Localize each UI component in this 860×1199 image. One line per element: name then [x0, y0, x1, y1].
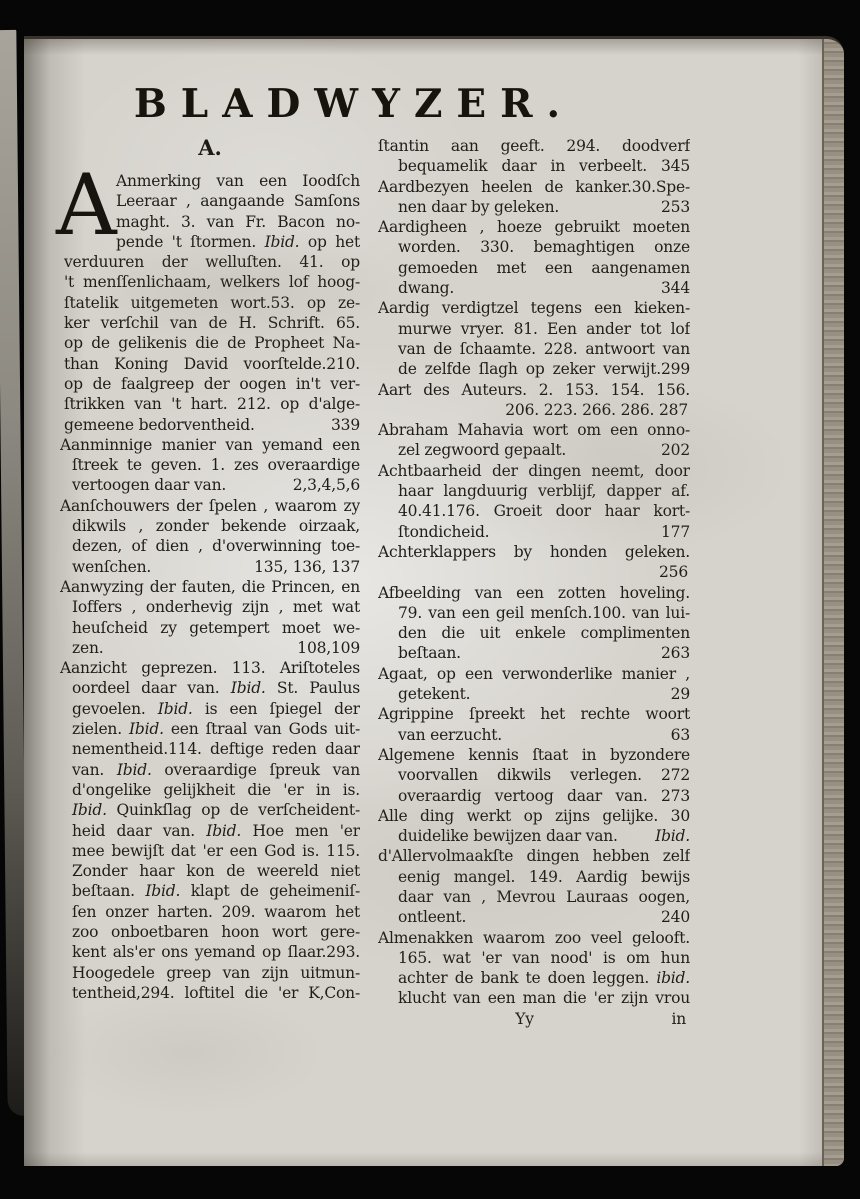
index-line: Agaat, op een verwonderlike manier , [378, 664, 690, 684]
book-scan: BLADWYZER. A. A Anmerking van een Ioodſc… [0, 0, 860, 1199]
index-line: nementheid.114. deftige reden daar [60, 739, 360, 759]
index-line: ontleent.240 [378, 907, 690, 927]
index-line: klucht van een man die 'er zijn vrou [378, 988, 690, 1008]
index-line: gemeene bedorventheid.339 [60, 415, 360, 435]
index-line: Alle ding werkt op zijns gelijke. 30 [378, 806, 690, 826]
index-line: ſtreek te geven. 1. zes overaardige [60, 455, 360, 475]
index-line: Agrippine ſpreekt het rechte woort [378, 704, 690, 724]
index-line: van de ſchaamte. 228. antwoort van [378, 339, 690, 359]
index-line: Aanſchouwers der ſpelen , waarom zy [60, 496, 360, 516]
index-line: duidelike bewijzen daar van.Ibid. [378, 826, 690, 846]
index-line: 't menſſenlichaam, welkers lof hoog- [60, 272, 360, 292]
index-line: pende 't ſtormen. Ibid. op het [60, 232, 360, 252]
index-line: Hoogedele greep van zijn uitmun- [60, 963, 360, 983]
index-line: eenig mangel. 149. Aardig bewijs [378, 867, 690, 887]
index-line: worden. 330. bemaghtigen onze [378, 237, 690, 257]
index-line: Almenakken waarom zoo veel gelooft. [378, 928, 690, 948]
index-line: getekent.29 [378, 684, 690, 704]
index-line: voorvallen dikwils verlegen. 272 [378, 765, 690, 785]
index-line: d'ongelike gelijkheit die 'er in is. [60, 780, 360, 800]
index-line: 256 [378, 562, 690, 582]
index-line: van. Ibid. overaardige ſpreuk van [60, 760, 360, 780]
index-line: Aardigheen , hoeze gebruikt moeten [378, 217, 690, 237]
index-line: beſtaan. Ibid. klapt de geheimeniſ- [60, 881, 360, 901]
index-line: den die uit enkele complimenten [378, 623, 690, 643]
index-line: Aanwyzing der fauten, die Princen, en [60, 577, 360, 597]
index-line: Anmerking van een Ioodſch [60, 171, 360, 191]
index-line: haar langduurig verblijf, dapper af. [378, 481, 690, 501]
index-line: Ioffers , onderhevig zijn , met wat [60, 597, 360, 617]
index-line: beſtaan.263 [378, 643, 690, 663]
index-line: ſtrikken van 't hart. 212. op d'alge- [60, 394, 360, 414]
index-line: dezen, of dien , d'overwinning toe- [60, 536, 360, 556]
index-line: Abraham Mahavia wort om een onno- [378, 420, 690, 440]
index-line: Aanminnige manier van yemand een [60, 435, 360, 455]
index-line: ſtondicheid.177 [378, 522, 690, 542]
index-line: verduuren der welluſten. 41. op [60, 252, 360, 272]
index-line: Achterklappers by honden geleken. [378, 542, 690, 562]
index-line: Aardbezyen heelen de kanker.30.Spe- [378, 177, 690, 197]
index-line: mee bewijſt dat 'er een God is. 115. [60, 841, 360, 861]
index-line: ker verſchil van de H. Schrift. 65. [60, 313, 360, 333]
index-line: dwang.344 [378, 278, 690, 298]
index-line: overaardig vertoog daar van. 273 [378, 786, 690, 806]
index-line: murwe vryer. 81. Een ander tot lof [378, 319, 690, 339]
index-line: tentheid,294. loftitel die 'er K,Con- [60, 983, 360, 1003]
index-line: zielen. Ibid. een ſtraal van Gods uit- [60, 719, 360, 739]
index-line: d'Allervolmaakſte dingen hebben zelf [378, 846, 690, 866]
index-line: Algemene kennis ſtaat in byzondere [378, 745, 690, 765]
index-line: van eerzucht.63 [378, 725, 690, 745]
index-line: Afbeelding van een zotten hoveling. [378, 583, 690, 603]
index-line: 40.41.176. Groeit door haar kort- [378, 501, 690, 521]
index-line: zoo onboetbaren hoon wort gere- [60, 922, 360, 942]
index-line: bequamelik daar in verbeelt. 345 [378, 156, 690, 176]
index-line: ſtatelik uitgemeten wort.53. op ze- [60, 293, 360, 313]
index-line: Leeraar , aangaande Samſons [60, 191, 360, 211]
index-line: gemoeden met een aangenamen [378, 258, 690, 278]
index-line: Aanzicht geprezen. 113. Ariſtoteles [60, 658, 360, 678]
index-line: daar van , Mevrou Lauraas oogen, [378, 887, 690, 907]
index-line: 165. wat 'er van nood' is om hun [378, 948, 690, 968]
index-line: vertoogen daar van.2,3,4,5,6 [60, 475, 360, 495]
page-edge-texture [822, 39, 844, 1166]
index-line: ſtantin aan geeft. 294. doodverf [378, 136, 690, 156]
index-line: ſen onzer harten. 209. waarom het [60, 902, 360, 922]
page-title: BLADWYZER. [34, 81, 674, 127]
index-line: zel zegwoord gepaalt.202 [378, 440, 690, 460]
index-line: Zonder haar kon de weereld niet [60, 861, 360, 881]
index-line: Ibid. Quinkſlag op de verſcheident- [60, 800, 360, 820]
index-line: wenſchen.135, 136, 137 [60, 557, 360, 577]
index-line: Achtbaarheid der dingen neemt, door [378, 461, 690, 481]
index-line: de zelfde ſlagh op zeker verwijt.299 [378, 359, 690, 379]
index-line: kent als'er ons yemand op ſlaar.293. [60, 942, 360, 962]
index-line: 206. 223. 266. 286. 287 [378, 400, 690, 420]
index-line: op de gelikenis die de Propheet Na- [60, 333, 360, 353]
index-column-right: ſtantin aan geeft. 294. doodverfbequamel… [378, 136, 690, 1029]
index-line: achter de bank te doen leggen. ibid. [378, 968, 690, 988]
index-line: than Koning David voorſtelde.210. [60, 354, 360, 374]
catchword: in [671, 1009, 686, 1029]
index-line: dikwils , zonder bekende oirzaak, [60, 516, 360, 536]
index-line: Aardig verdigtzel tegens een kieken- [378, 298, 690, 318]
index-line: 79. van een geil menſch.100. van lui- [378, 603, 690, 623]
index-line: nen daar by geleken.253 [378, 197, 690, 217]
index-column-left: Anmerking van een IoodſchLeeraar , aanga… [60, 171, 360, 1003]
index-line: Aart des Auteurs. 2. 153. 154. 156. [378, 380, 690, 400]
index-line: op de faalgreep der oogen in't ver- [60, 374, 360, 394]
index-line: zen.108,109 [60, 638, 360, 658]
index-line: oordeel daar van. Ibid. St. Paulus [60, 678, 360, 698]
index-line: heid daar van. Ibid. Hoe men 'er [60, 821, 360, 841]
index-line: maght. 3. van Fr. Bacon no- [60, 212, 360, 232]
signature-line: Yyin [378, 1009, 690, 1029]
index-line: heuſcheid zy getempert moet we- [60, 618, 360, 638]
signature-mark: Yy [515, 1009, 534, 1029]
book-page: BLADWYZER. A. A Anmerking van een Ioodſc… [24, 36, 844, 1166]
index-line: gevoelen. Ibid. is een ſpiegel der [60, 699, 360, 719]
